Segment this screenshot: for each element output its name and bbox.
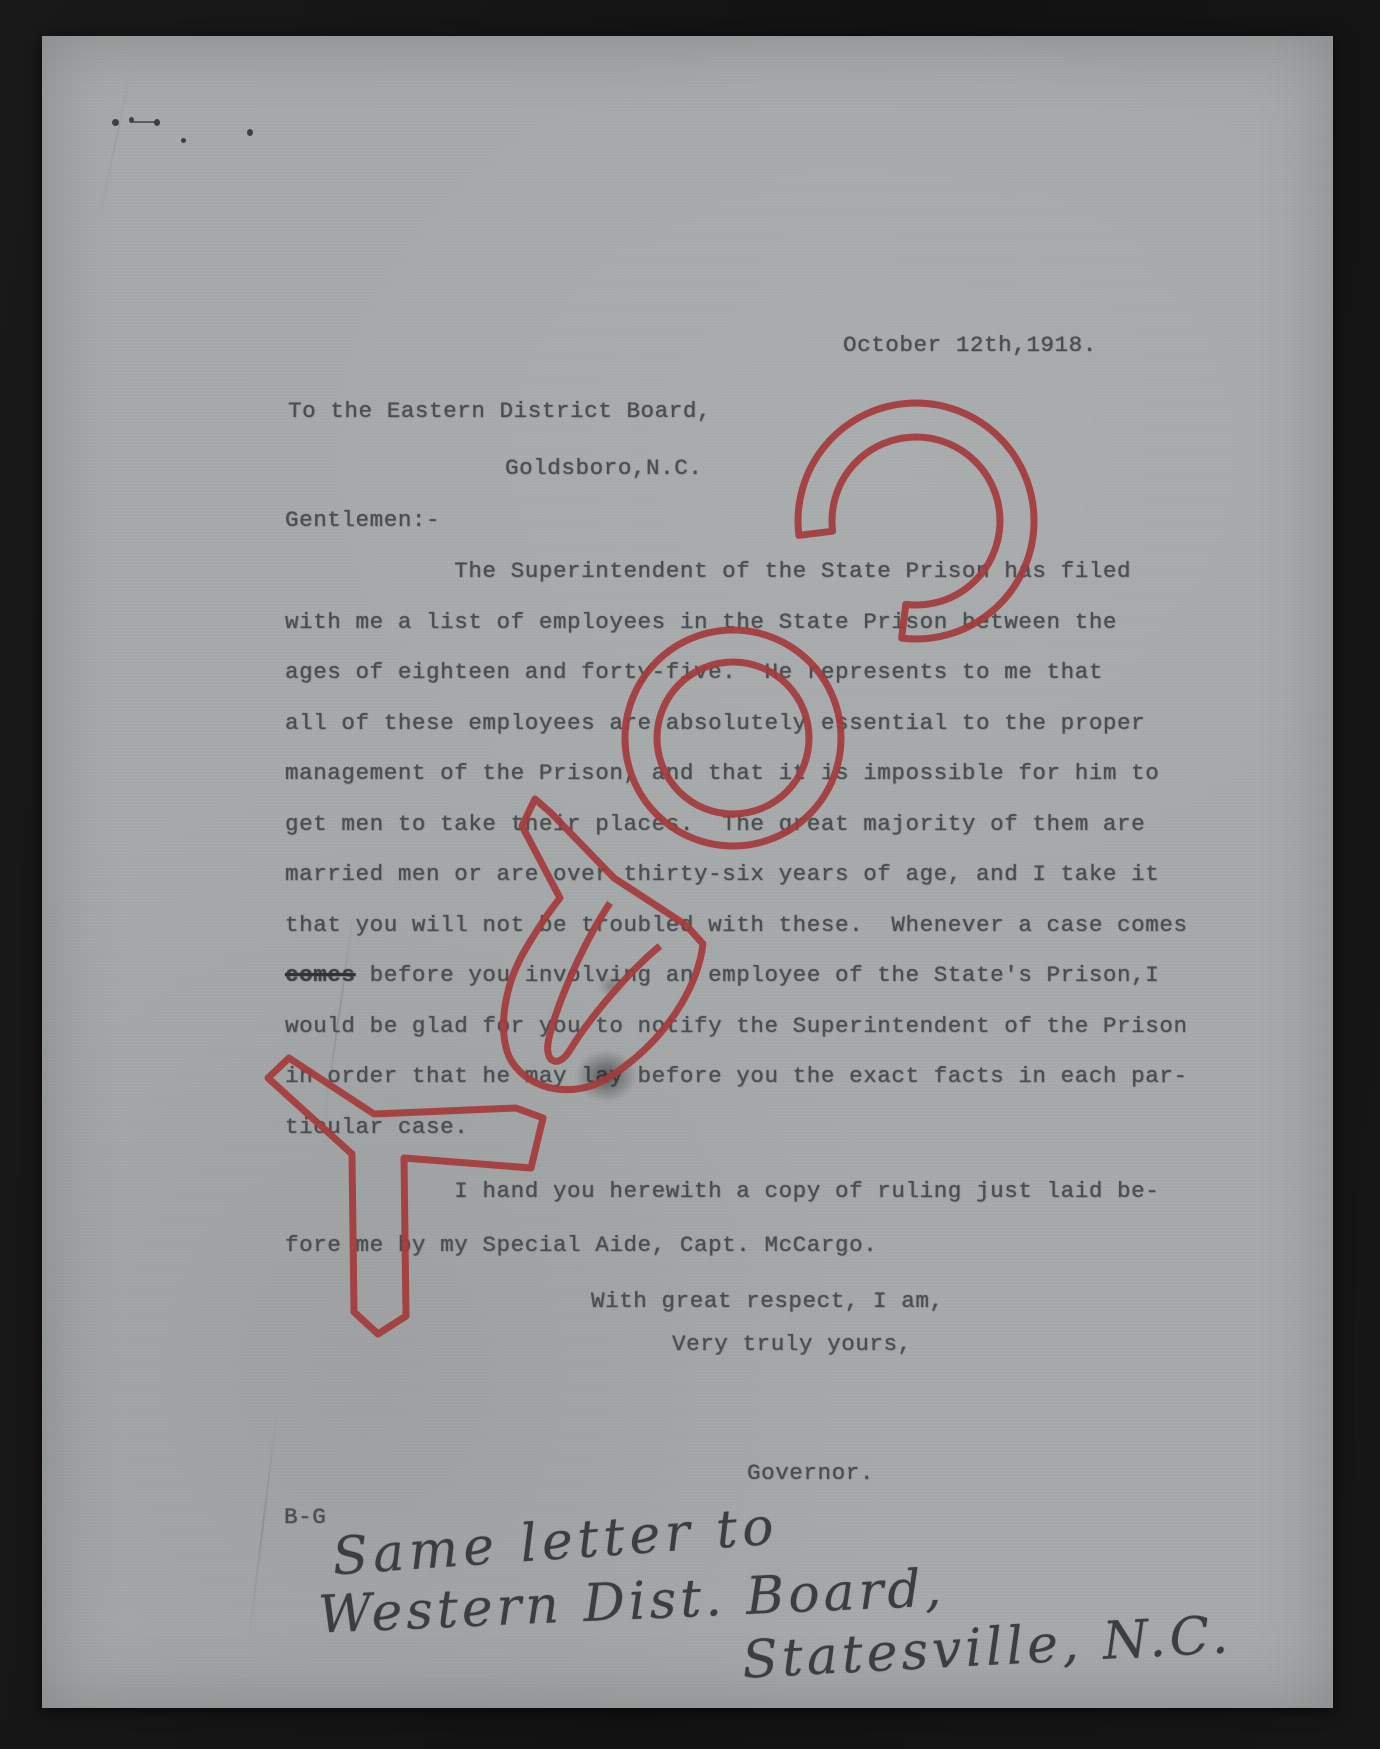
letter-body-paragraph-1: The Superintendent of the State Prison h… — [285, 560, 1205, 1166]
scanned-letter-page: { "stamp": { "text": "COPY", "color": "#… — [0, 0, 1380, 1749]
body-line-rest: before you involving an employee of the … — [356, 962, 1160, 988]
recipient-line: To the Eastern District Board, — [288, 400, 711, 423]
closing-valediction: Very truly yours, — [672, 1333, 912, 1356]
body-line: ticular case. — [285, 1116, 1205, 1139]
letter-body-paragraph-2: I hand you herewith a copy of ruling jus… — [285, 1180, 1205, 1284]
body-line: ages of eighteen and forty-five. He repr… — [285, 661, 1205, 684]
recipient-city-line: Goldsboro,N.C. — [505, 457, 702, 480]
ink-speck — [133, 121, 157, 123]
body-line: with me a list of employees in the State… — [285, 611, 1205, 634]
typist-initials: B-G — [284, 1506, 326, 1529]
salutation: Gentlemen:- — [285, 509, 440, 532]
body-line: that you will not be troubled with these… — [285, 914, 1205, 937]
body-line: fore me by my Special Aide, Capt. McCarg… — [285, 1234, 1205, 1257]
body-line: management of the Prison, and that it is… — [285, 762, 1205, 785]
letter-date: October 12th,1918. — [843, 334, 1097, 357]
ink-speck — [247, 129, 253, 136]
ink-smudge — [575, 1050, 637, 1102]
closing-respect-line: With great respect, I am, — [591, 1290, 944, 1313]
body-line: get men to take their places. The great … — [285, 813, 1205, 836]
body-line: I hand you herewith a copy of ruling jus… — [285, 1180, 1205, 1203]
body-line: all of these employees are absolutely es… — [285, 712, 1205, 735]
signature-title: Governor. — [747, 1462, 874, 1485]
body-line: The Superintendent of the State Prison h… — [285, 560, 1205, 583]
body-line: in order that he may lay before you the … — [285, 1065, 1205, 1088]
ink-smudge — [598, 975, 624, 997]
body-line-with-strikethrough: comes before you involving an employee o… — [285, 964, 1205, 987]
body-line: married men or are over thirty-six years… — [285, 863, 1205, 886]
body-line: would be glad for you to notify the Supe… — [285, 1015, 1205, 1038]
ink-speck — [181, 138, 186, 143]
struck-word: comes — [285, 962, 356, 988]
